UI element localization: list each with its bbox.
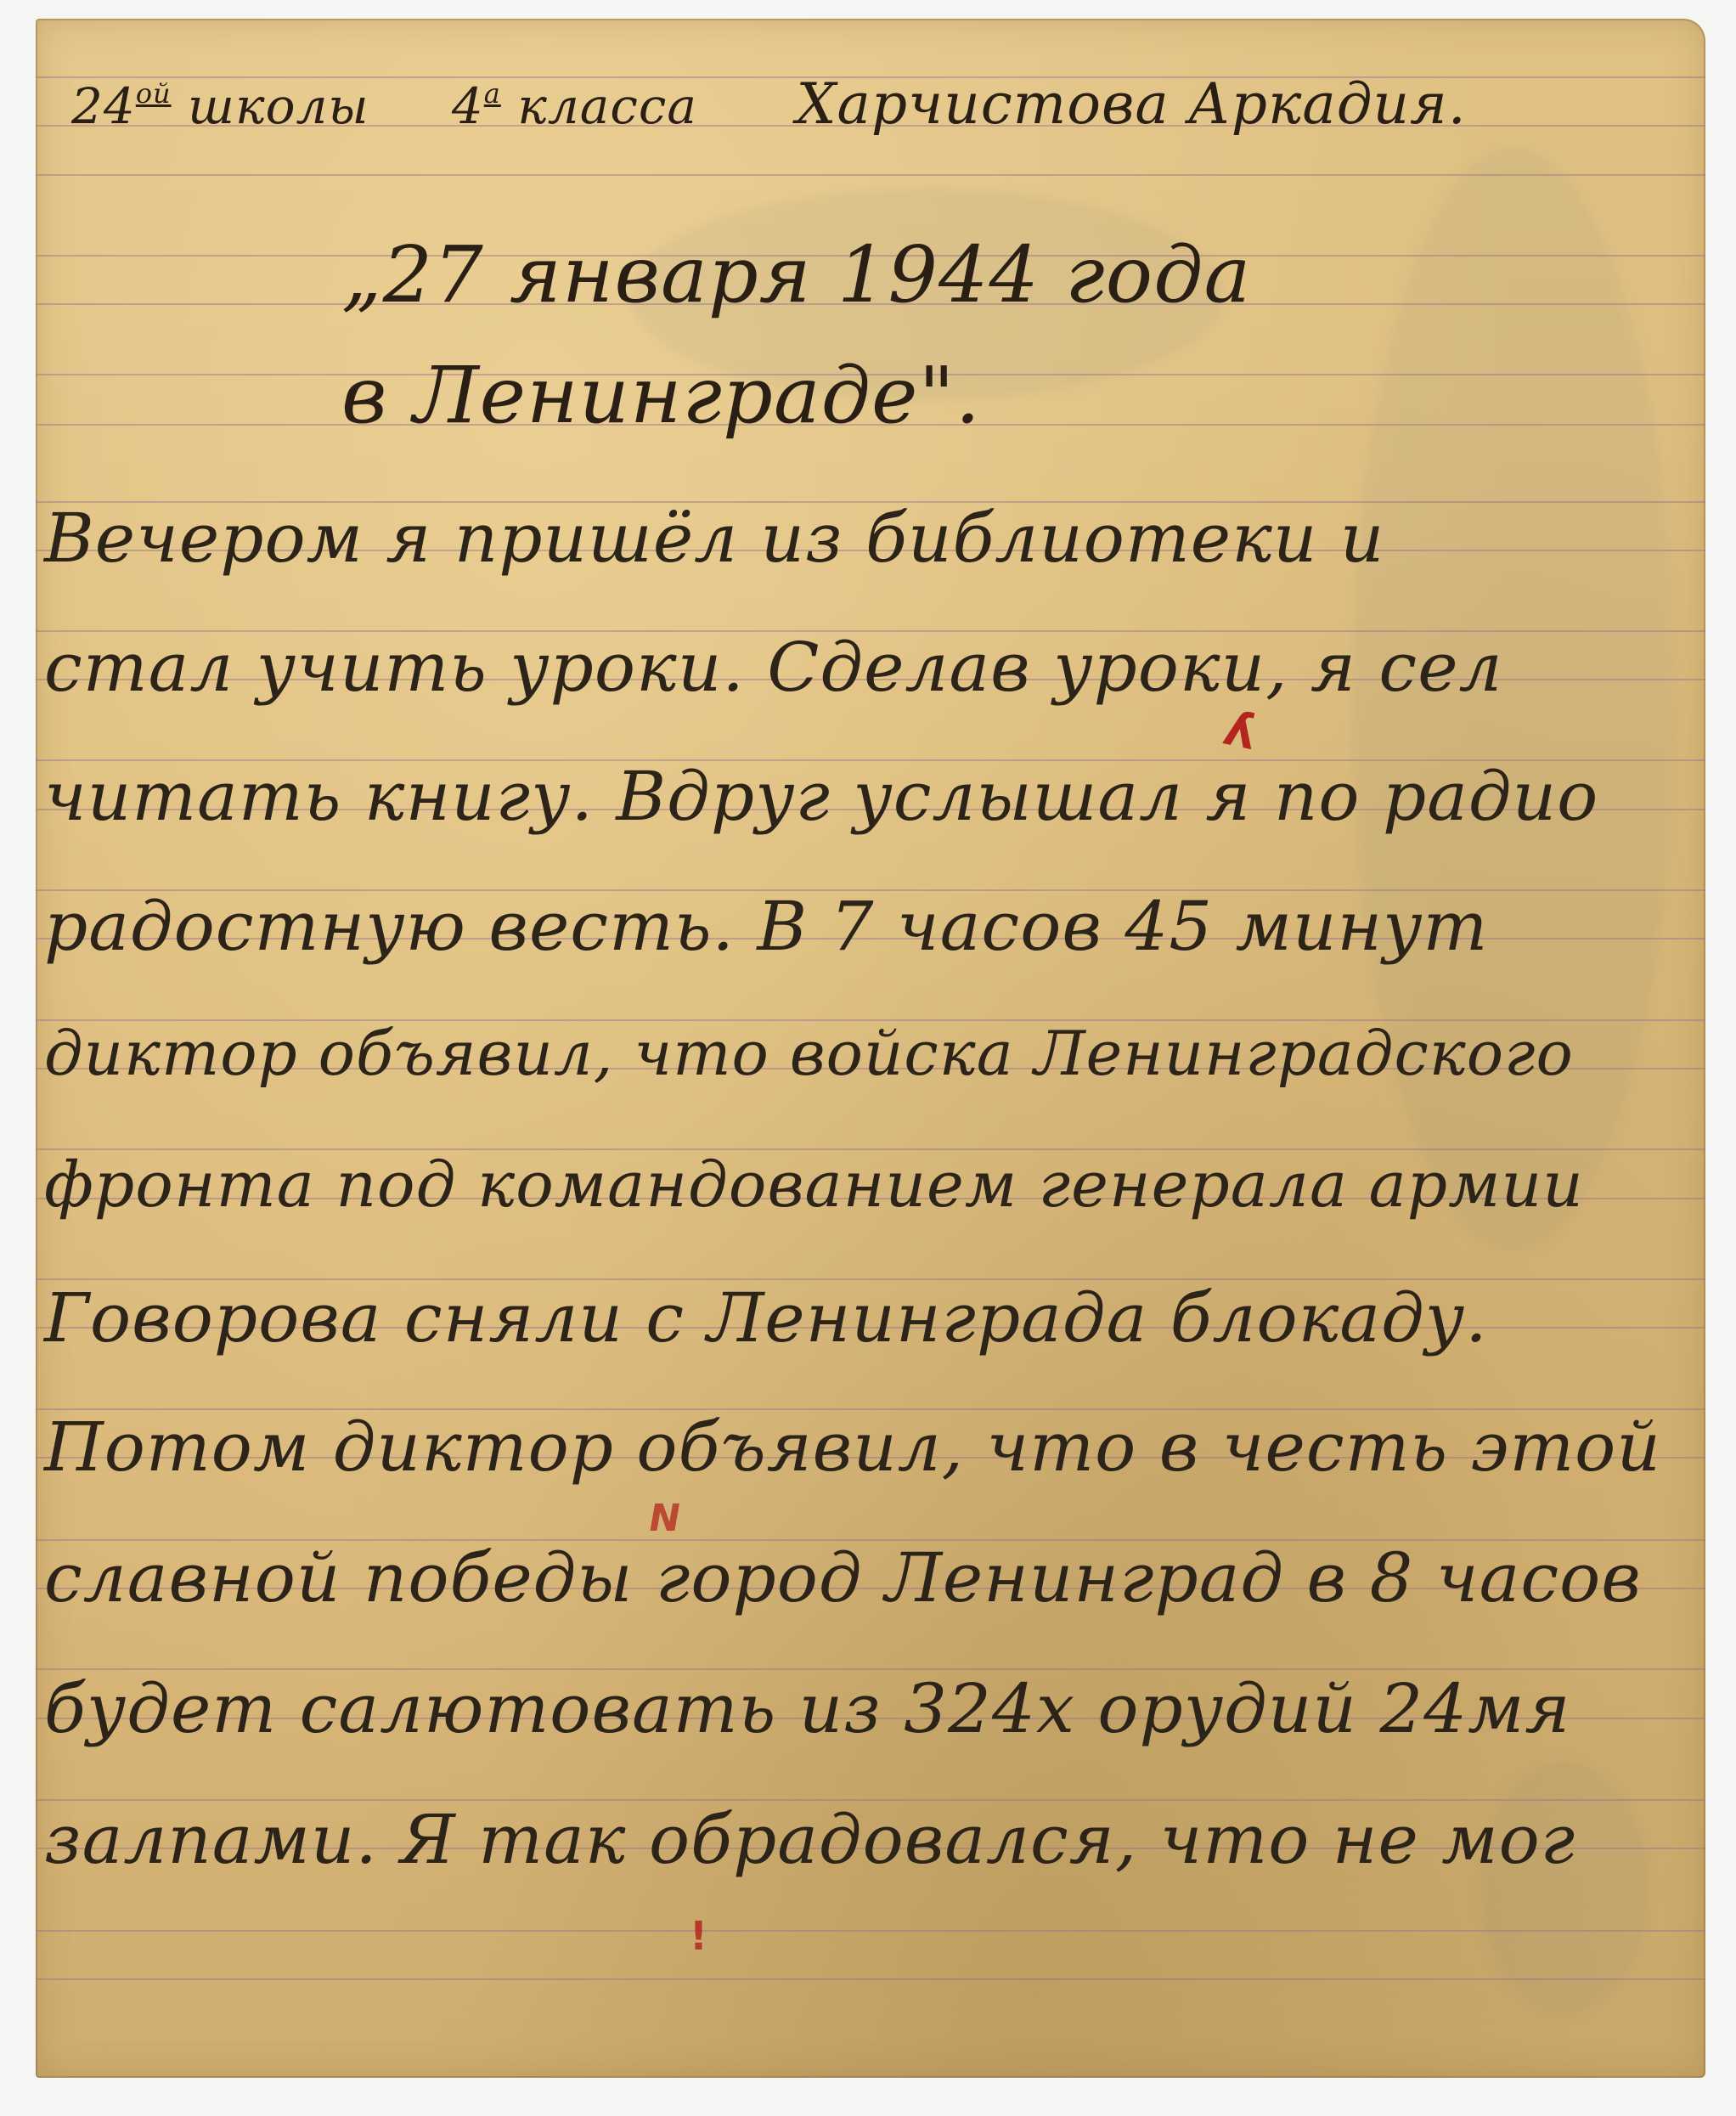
school-suffix: ой bbox=[136, 77, 172, 110]
essay-line: фронта под командованием генерала армии bbox=[44, 1154, 1584, 1216]
school-word: школы bbox=[188, 77, 369, 135]
essay-line: диктор объявил, что войска Ленинградског… bbox=[44, 1023, 1574, 1084]
essay-line: залпами. Я так обрадовался, что не мог bbox=[44, 1806, 1575, 1874]
student-name: Харчистова Аркадия. bbox=[797, 71, 1467, 137]
class-number: 4 bbox=[452, 77, 484, 135]
school-number: 24 bbox=[71, 77, 136, 135]
notebook-page: 24ой школы 4а класса Харчистова Аркадия.… bbox=[36, 19, 1705, 2078]
class-word: класса bbox=[517, 77, 697, 135]
class-suffix: а bbox=[484, 77, 501, 110]
essay-line: радостную весть. В 7 часов 45 минут bbox=[44, 893, 1488, 961]
essay-line: читать книгу. Вдруг услышал я по радио bbox=[44, 763, 1598, 831]
essay-line: славной победы город Ленинград в 8 часов bbox=[44, 1544, 1642, 1612]
bleed-through-stain bbox=[1480, 1760, 1649, 2015]
essay-line: стал учить уроки. Сделав уроки, я сел bbox=[44, 634, 1503, 702]
red-margin-mark: N bbox=[645, 1497, 685, 1540]
essay-title-line-2: в Ленинграде". bbox=[341, 357, 981, 435]
essay-line: Говорова сняли с Ленинграда блокаду. bbox=[44, 1284, 1488, 1352]
header-line: 24ой школы 4а класса Харчистова Аркадия. bbox=[71, 76, 1467, 133]
essay-line: Вечером я пришёл из библиотеки и bbox=[44, 505, 1384, 573]
essay-title-line-1: „27 января 1944 года bbox=[341, 236, 1251, 314]
red-ink-blot: ! bbox=[690, 1913, 707, 1959]
essay-line: Потом диктор объявил, что в честь этой bbox=[44, 1413, 1661, 1481]
red-correction-mark: ʎ bbox=[1220, 701, 1261, 761]
essay-line: будет салютовать из 324х орудий 24мя bbox=[44, 1675, 1570, 1743]
